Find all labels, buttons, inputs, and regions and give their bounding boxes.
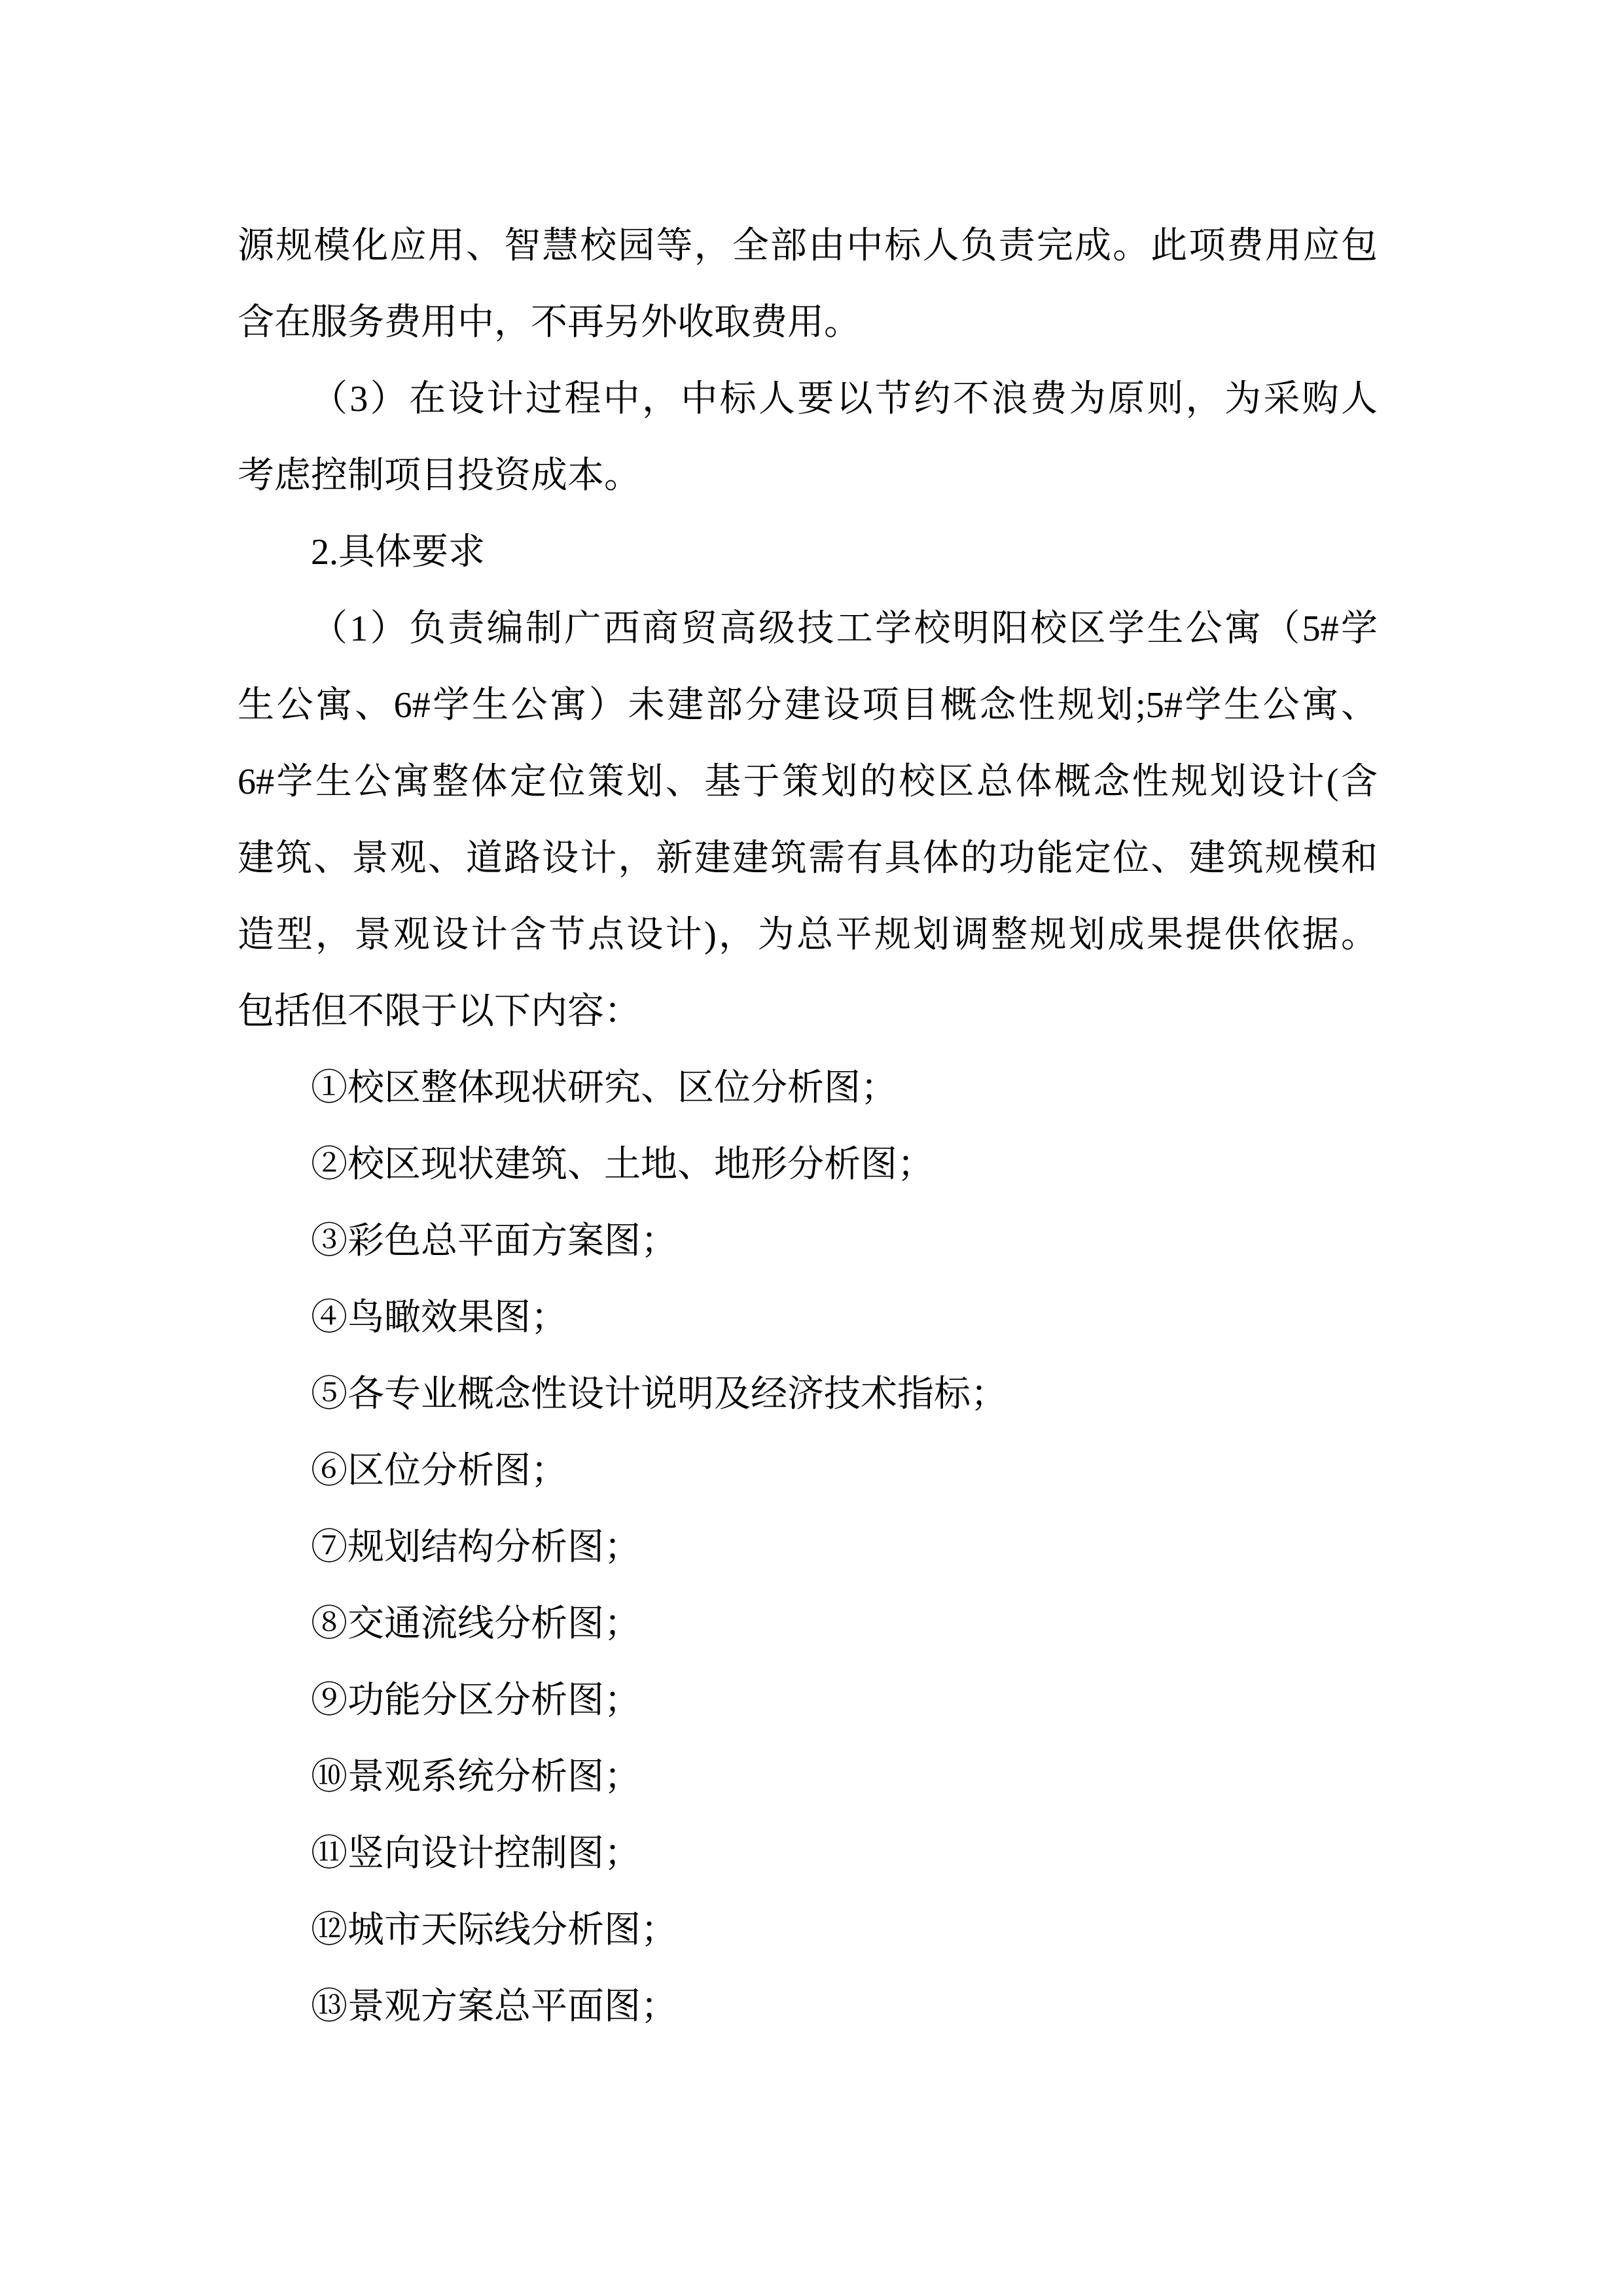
text-line: 造型，景观设计含节点设计)，为总平规划调整规划成果提供依据。: [238, 897, 1378, 974]
list-item-line: ②校区现状建筑、土地、地形分析图；: [238, 1127, 1378, 1203]
document-page: 源规模化应用、智慧校园等，全部由中标人负责完成。此项费用应包 含在服务费用中，不…: [0, 0, 1623, 2296]
list-item-line: ⑥区位分析图；: [238, 1433, 1378, 1510]
list-item-line: ⑧交通流线分析图；: [238, 1586, 1378, 1663]
list-item-line: ⑤各专业概念性设计说明及经济技术指标；: [238, 1356, 1378, 1433]
text-line: 源规模化应用、智慧校园等，全部由中标人负责完成。此项费用应包: [238, 208, 1378, 285]
text-line: 生公寓、6#学生公寓）未建部分建设项目概念性规划;5#学生公寓、: [238, 667, 1378, 744]
list-item-line: ⑫城市天际线分析图；: [238, 1892, 1378, 1969]
document-text-block: 源规模化应用、智慧校园等，全部由中标人负责完成。此项费用应包 含在服务费用中，不…: [238, 208, 1378, 2045]
text-line: 含在服务费用中，不再另外收取费用。: [238, 285, 1378, 361]
text-line: （1）负责编制广西商贸高级技工学校明阳校区学生公寓（5#学: [238, 591, 1378, 667]
list-item-line: ⑨功能分区分析图；: [238, 1663, 1378, 1739]
text-line: 包括但不限于以下内容：: [238, 974, 1378, 1050]
text-line: 建筑、景观、道路设计，新建建筑需有具体的功能定位、建筑规模和: [238, 821, 1378, 897]
list-item-line: ⑪竖向设计控制图；: [238, 1816, 1378, 1892]
list-item-line: ④鸟瞰效果图；: [238, 1280, 1378, 1356]
list-item-line: ⑬景观方案总平面图；: [238, 1969, 1378, 2045]
list-item-line: ⑦规划结构分析图；: [238, 1510, 1378, 1586]
text-line: 2.具体要求: [238, 514, 1378, 591]
text-line: 6#学生公寓整体定位策划、基于策划的校区总体概念性规划设计(含: [238, 744, 1378, 821]
list-item-line: ①校区整体现状研究、区位分析图；: [238, 1050, 1378, 1127]
text-line: （3）在设计过程中，中标人要以节约不浪费为原则，为采购人: [238, 361, 1378, 438]
text-line: 考虑控制项目投资成本。: [238, 438, 1378, 514]
list-item-line: ③彩色总平面方案图；: [238, 1203, 1378, 1280]
list-item-line: ⑩景观系统分析图；: [238, 1739, 1378, 1816]
